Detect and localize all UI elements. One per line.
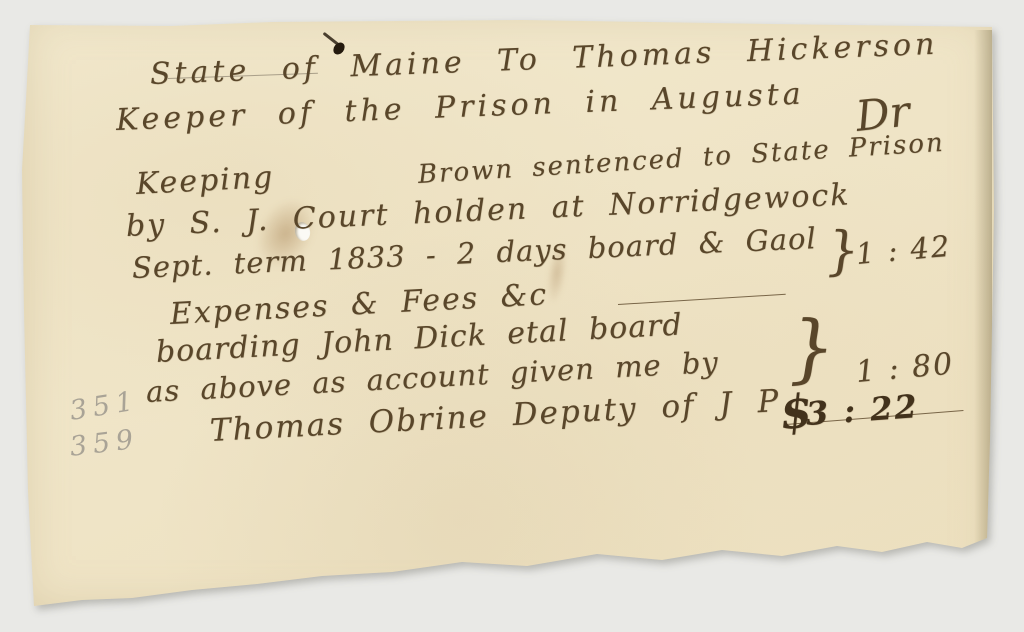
paper-right-edge-shade	[974, 30, 992, 545]
curly-brace-second-amount: }	[787, 310, 837, 386]
handwriting-line-3-left: Keeping	[135, 163, 275, 200]
scanned-document: State of Maine To Thomas Hickerson Keepe…	[0, 0, 1024, 632]
amount-second: 1 : 80	[855, 349, 956, 387]
amount-total: 3 : 22	[805, 390, 920, 430]
archival-pencil-number-2: 359	[68, 426, 140, 461]
amount-first: 1 : 42	[855, 232, 953, 269]
